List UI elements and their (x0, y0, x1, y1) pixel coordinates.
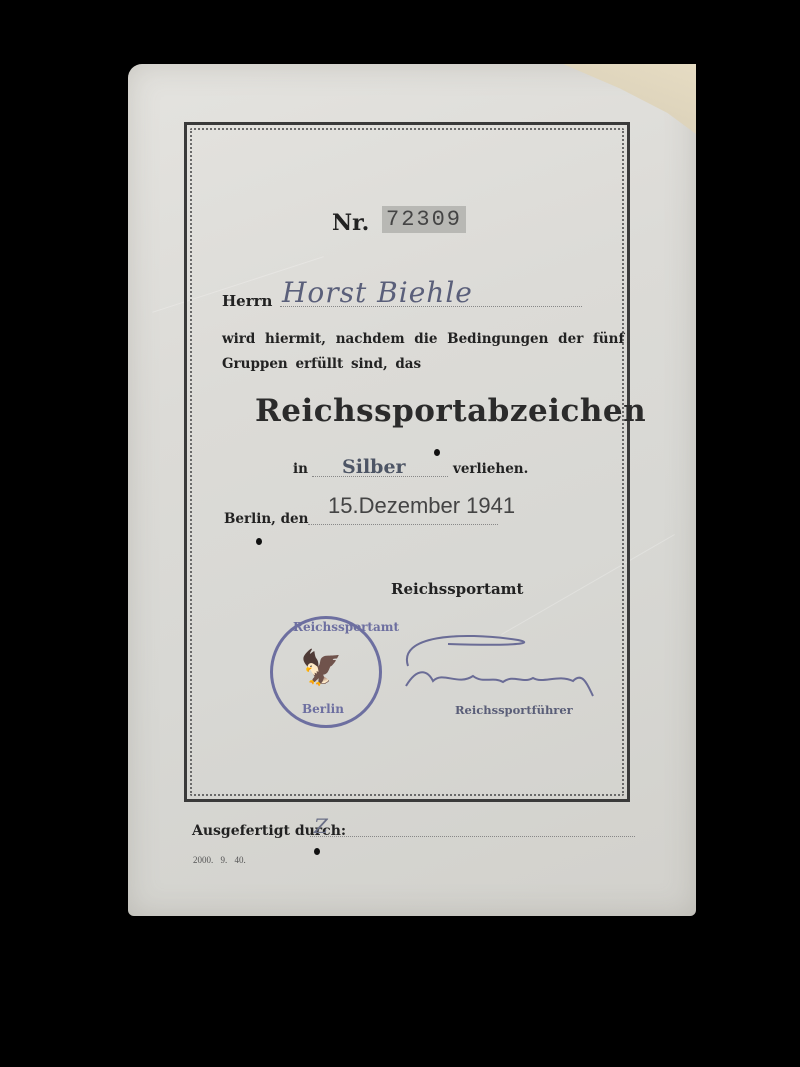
body-text-line-2: Gruppen erfüllt sind, das (222, 356, 421, 372)
body-text-line-1: wird hiermit, nachdem die Bedingungen de… (222, 331, 624, 347)
award-date: 15.Dezember 1941 (328, 493, 515, 519)
certificate-title: Reichssportabzeichen (255, 393, 646, 429)
recipient-name: Horst Biehle (282, 276, 473, 309)
issued-by-dotted-line (310, 836, 635, 837)
signatory-role: Reichssportführer (455, 703, 573, 717)
eagle-emblem-icon: 🦅 (300, 648, 342, 688)
punch-hole (314, 848, 320, 855)
issuing-office: Reichssportamt (391, 580, 523, 598)
recipient-label: Herrn (222, 292, 272, 310)
punch-hole (434, 449, 440, 456)
grade-prefix: in (293, 461, 308, 477)
stamp-bottom-text: Berlin (302, 702, 344, 716)
grade-dotted-line (312, 476, 448, 477)
certificate-number: 72309 (382, 206, 466, 233)
issued-by-initial: Z (314, 814, 328, 838)
punch-hole (256, 538, 262, 545)
number-label: Nr. (332, 210, 369, 236)
signature (398, 626, 598, 701)
stamp-top-text: Reichssportamt (293, 620, 399, 634)
grade-value: Silber (342, 456, 406, 478)
date-dotted-line (308, 524, 498, 525)
recipient-dotted-line (280, 306, 582, 307)
print-code: 2000. 9. 40. (193, 855, 246, 865)
grade-suffix: verliehen. (453, 461, 528, 477)
place-label: Berlin, den (224, 511, 308, 527)
